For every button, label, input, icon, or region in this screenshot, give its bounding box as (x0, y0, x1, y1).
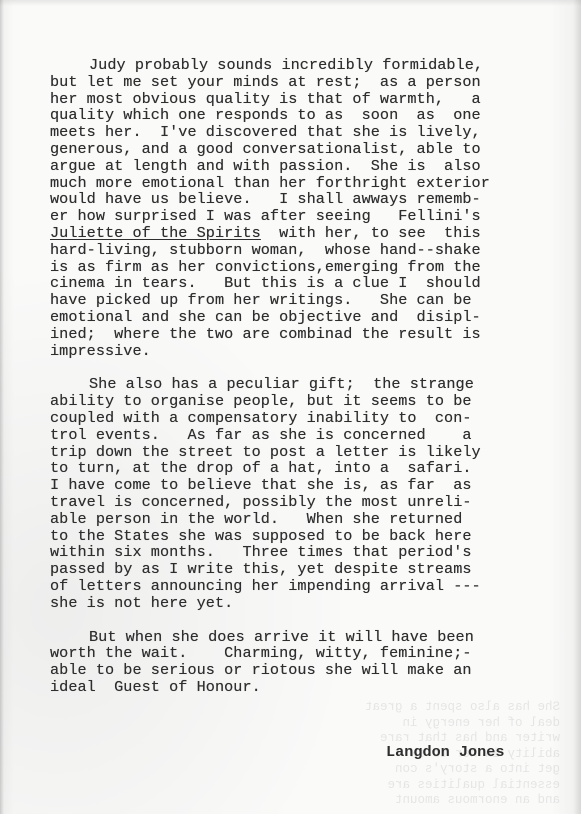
underlined-film-title: Juliette of the Spirits (50, 224, 261, 242)
text-line: travel is concerned, possibly the most u… (50, 494, 536, 511)
text-line: to turn, at the drop of a hat, into a sa… (50, 460, 536, 477)
text-line: emotional and she can be objective and d… (50, 309, 536, 326)
author-signature: Langdon Jones (386, 743, 504, 761)
text-line: ability to organise people, but it seems… (50, 393, 536, 410)
text-line: trol events. As far as she is concerned … (50, 427, 536, 444)
text-line: She also has a peculiar gift; the strang… (50, 376, 536, 393)
text-line: would have us believe. I shall awways re… (50, 191, 536, 208)
paragraph-gap (50, 359, 536, 376)
text-line: impressive. (50, 343, 536, 360)
text-line: able person in the world. When she retur… (50, 511, 536, 528)
text-line: much more emotional than her forthright … (50, 175, 536, 192)
text-line: I have come to believe that she is, as f… (50, 477, 536, 494)
text-line: have picked up from her writings. She ca… (50, 292, 536, 309)
text-line: But when she does arrive it will have be… (50, 629, 536, 646)
text-line: argue at length and with passion. She is… (50, 158, 536, 175)
text-line: Juliette of the Spirits with her, to see… (50, 225, 536, 242)
text-line: Judy probably sounds incredibly formidab… (50, 57, 536, 74)
typed-body: Judy probably sounds incredibly formidab… (50, 57, 536, 696)
text-line: coupled with a compensatory inability to… (50, 410, 536, 427)
text-line: generous, and a good conversationalist, … (50, 141, 536, 158)
text-line: worth the wait. Charming, witty, feminin… (50, 645, 536, 662)
text-line: within six months. Three times that peri… (50, 544, 536, 561)
text-line: to the States she was supposed to be bac… (50, 528, 536, 545)
text-line: er how surprised I was after seeing Fell… (50, 208, 536, 225)
text-line: trip down the street to post a letter is… (50, 444, 536, 461)
scanned-page: She has also spent a great deal of her e… (0, 0, 581, 814)
paragraph-1: Judy probably sounds incredibly formidab… (50, 57, 536, 359)
text-line: her most obvious quality is that of warm… (50, 91, 536, 108)
text-line: passed by as I write this, yet despite s… (50, 561, 536, 578)
text-line: able to be serious or riotous she will m… (50, 662, 536, 679)
paragraph-gap (50, 612, 536, 629)
text-line: is as firm as her convictions,emerging f… (50, 259, 536, 276)
text-line: meets her. I've discovered that she is l… (50, 124, 536, 141)
text-line: hard-living, stubborn woman, whose hand-… (50, 242, 536, 259)
text-line: she is not here yet. (50, 595, 536, 612)
text-line: but let me set your minds at rest; as a … (50, 74, 536, 91)
paragraph-3: But when she does arrive it will have be… (50, 629, 536, 696)
text-line: of letters announcing her impending arri… (50, 578, 536, 595)
text-line: ideal Guest of Honour. (50, 679, 536, 696)
text-line: cinema in tears. But this is a clue I sh… (50, 275, 536, 292)
text-line: ined; where the two are combinad the res… (50, 326, 536, 343)
text-line: quality which one responds to as soon as… (50, 107, 536, 124)
paragraph-2: She also has a peculiar gift; the strang… (50, 376, 536, 611)
